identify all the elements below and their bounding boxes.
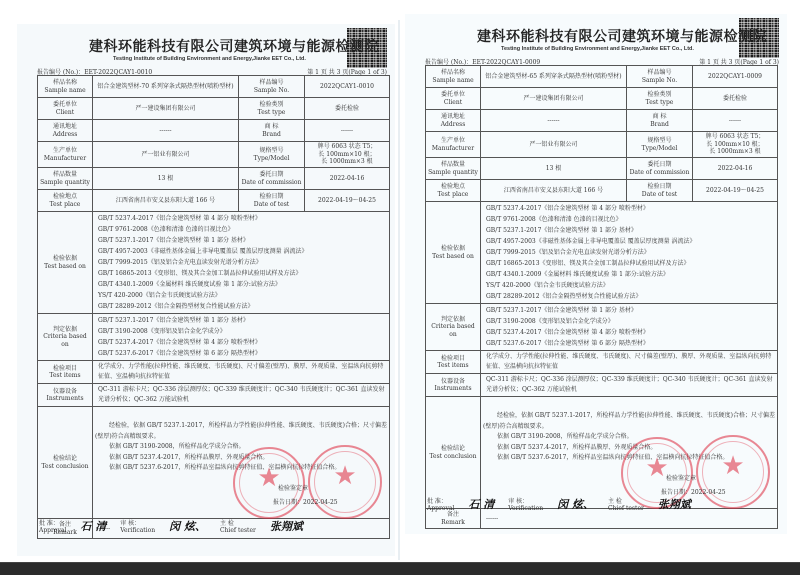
sample-quantity-label: 样品数量Sample quantity <box>38 168 93 190</box>
criteria-item: GB/T 5237.1-2017《铝合金建筑型材 第 1 部分 基材》 <box>98 315 387 326</box>
conclusion-label: 检验结论Test conclusion <box>426 397 481 509</box>
date-commission-value: 2022-04-16 <box>693 158 778 180</box>
report-table: 样品名称Sample name 铝合金建筑型材-70 系列穿条式隔热型材(喷粉型… <box>37 75 390 539</box>
standard-item: GB/T 4957-2003《非磁性基体金属上非导电覆盖层 覆盖层厚度测量 涡流… <box>98 246 387 257</box>
conclusion-body: 经检验，依据 GB/T 5237.1-2017，所检样品力学性能(拉伸性能、维氏… <box>481 397 778 509</box>
conclusion-paragraph: 经检验，依据 GB/T 5237.1-2017，所检样品力学性能(拉伸性能、维氏… <box>95 421 387 442</box>
report-table: 样品名称Sample name 铝合金建筑型材-65 系列穿条式隔热型材(喷粉型… <box>425 65 778 529</box>
table-row: 委托单位Client 严一建设集团有限公司 检验类别Test type 委托检验 <box>426 88 778 110</box>
test-type-value: 委托检验 <box>305 98 390 120</box>
address-value: ------ <box>481 110 627 132</box>
signature-block: 批 准：Approval 石 清 审 核：Verification 闵 炫、 主… <box>39 518 303 534</box>
verification-signature: 闵 炫、 <box>169 518 206 534</box>
inspection-seal-stamp: ★ <box>308 445 382 519</box>
client-value: 严一建设集团有限公司 <box>93 98 239 120</box>
date-commission-label: 委托日期Date of commission <box>239 168 305 190</box>
standard-item: YS/T 420-2000《铝合金韦氏硬度试验方法》 <box>486 280 775 291</box>
criteria-item: GB/T 5237.4-2017《铝合金建筑型材 第 4 部分 喷粉型材》 <box>98 337 387 348</box>
table-row: 生产单位Manufacturer 严一铝业有限公司 规格型号Type/Model… <box>38 142 390 168</box>
test-based-on-list: GB/T 5237.4-2017《铝合金建筑型材 第 4 部分 喷粉型材》 GB… <box>93 212 390 314</box>
conclusion-body: 经检验，依据 GB/T 5237.1-2017，所检样品力学性能(拉伸性能、维氏… <box>93 407 390 519</box>
test-type-label: 检验类别Test type <box>239 98 305 120</box>
table-row: 仪器设备Instruments QC-311 游标卡尺；QC-336 涂层测厚仪… <box>38 384 390 407</box>
table-row: 样品数量Sample quantity 13 根 委托日期Date of com… <box>38 168 390 190</box>
table-row: 判定依据Criteria based on GB/T 5237.1-2017《铝… <box>426 304 778 351</box>
criteria-item: GB/T 5237.6-2017《铝合金建筑型材 第 6 部分 隔热型材》 <box>98 348 387 359</box>
test-items-label: 检验项目Test items <box>426 351 481 374</box>
test-place-label: 检验地点Test place <box>426 180 481 202</box>
star-icon: ★ <box>333 460 356 493</box>
star-icon: ★ <box>721 450 744 483</box>
test-type-label: 检验类别Test type <box>627 88 693 110</box>
table-row: 检验结论Test conclusion 经检验，依据 GB/T 5237.1-2… <box>426 397 778 509</box>
table-row: 委托单位Client 严一建设集团有限公司 检验类别Test type 委托检验 <box>38 98 390 120</box>
criteria-item: GB/T 5237.4-2017《铝合金建筑型材 第 4 部分 喷粉型材》 <box>486 327 775 338</box>
sample-name-label: 样品名称Sample name <box>426 66 481 88</box>
table-row: 检验地点Test place 江西省南昌市安义县东阳大道 166 号 检验日期D… <box>426 180 778 202</box>
test-based-on-label: 检验依据Test based on <box>426 202 481 304</box>
type-model-value: 牌号 6063 状态 T5；长 100mm×10 根；长 1000mm×3 根 <box>693 132 778 158</box>
brand-label: 商 标Brand <box>627 110 693 132</box>
signature-block: 批 准：Approval 石 清 审 核：Verification 闵 炫、 主… <box>427 496 691 512</box>
manufacturer-value: 严一铝业有限公司 <box>481 132 627 158</box>
test-place-value: 江西省南昌市安义县东阳大道 166 号 <box>93 190 239 212</box>
type-model-value: 牌号 6063 状态 T5；长 100mm×10 根；长 1000mm×3 根 <box>305 142 390 168</box>
criteria-list: GB/T 5237.1-2017《铝合金建筑型材 第 1 部分 基材》 GB/T… <box>93 314 390 361</box>
address-value: ------ <box>93 120 239 142</box>
standard-item: GB/T 4957-2003《非磁性基体金属上非导电覆盖层 覆盖层厚度测量 涡流… <box>486 236 775 247</box>
sample-quantity-value: 13 根 <box>93 168 239 190</box>
report-page-right: 建科环能科技有限公司建筑环境与能源检测院 Testing Institute o… <box>405 14 787 534</box>
approval-label: 批 准：Approval <box>39 518 66 534</box>
sample-name-value: 铝合金建筑型材-70 系列穿条式隔热型材(喷粉型材) <box>93 76 239 98</box>
criteria-label: 判定依据Criteria based on <box>38 314 93 361</box>
conclusion-label: 检验结论Test conclusion <box>38 407 93 519</box>
instruments-label: 仪器设备Instruments <box>426 374 481 397</box>
address-label: 通讯地址Address <box>426 110 481 132</box>
table-row: 样品名称Sample name 铝合金建筑型材-65 系列穿条式隔热型材(喷粉型… <box>426 66 778 88</box>
brand-value: ------ <box>305 120 390 142</box>
date-test-value: 2022-04-19～04-25 <box>305 190 390 212</box>
standard-item: GB/T 4340.1-2009《金属材料 维氏硬度试验 第 1 部分:试验方法… <box>486 269 775 280</box>
table-row: 检验依据Test based on GB/T 5237.4-2017《铝合金建筑… <box>38 212 390 314</box>
test-items-label: 检验项目Test items <box>38 361 93 384</box>
standard-item: GB/T 4340.1-2009《金属材料 维氏硬度试验 第 1 部分:试验方法… <box>98 279 387 290</box>
date-test-label: 检验日期Date of test <box>627 180 693 202</box>
criteria-list: GB/T 5237.1-2017《铝合金建筑型材 第 1 部分 基材》 GB/T… <box>481 304 778 351</box>
report-date: 报告日期：2022-04-25 <box>273 499 338 507</box>
table-row: 样品名称Sample name 铝合金建筑型材-70 系列穿条式隔热型材(喷粉型… <box>38 76 390 98</box>
report-page-left: 建科环能科技有限公司建筑环境与能源检测院 Testing Institute o… <box>17 24 395 556</box>
standard-item: GB/T 16865-2013《变形铝、镁及其合金加工制品拉伸试验用试样及方法》 <box>98 268 387 279</box>
viewer-bottom-bar <box>0 562 800 575</box>
approval-label: 批 准：Approval <box>427 496 454 512</box>
date-test-value: 2022-04-19～04-25 <box>693 180 778 202</box>
conclusion-paragraph: 经检验，依据 GB/T 5237.1-2017，所检样品力学性能(拉伸性能、维氏… <box>483 411 775 432</box>
criteria-label: 判定依据Criteria based on <box>426 304 481 351</box>
table-row: 检验项目Test items 化学成分、力学性能(拉伸性能、维氏硬度、韦氏硬度)… <box>38 361 390 384</box>
verification-label: 审 核：Verification <box>508 496 543 512</box>
institute-title-cn: 建科环能科技有限公司建筑环境与能源检测院 <box>89 36 379 56</box>
approval-signature: 石 清 <box>80 518 106 534</box>
page-divider <box>398 20 400 560</box>
verification-signature: 闵 炫、 <box>557 496 594 512</box>
standard-item: GB/T 9761-2008《色漆和清漆 色漆的目视比色》 <box>98 224 387 235</box>
client-label: 委托单位Client <box>38 98 93 120</box>
standard-item: YS/T 420-2000《铝合金韦氏硬度试验方法》 <box>98 290 387 301</box>
brand-value: ------ <box>693 110 778 132</box>
manufacturer-value: 严一铝业有限公司 <box>93 142 239 168</box>
seal-label: 检验鉴定章 <box>278 485 308 493</box>
standard-item: GB/T 28289-2012《铝合金隔热型材复合性能试验方法》 <box>486 291 775 302</box>
table-row: 通讯地址Address ------ 商 标Brand ------ <box>426 110 778 132</box>
standard-item: GB/T 7999-2015《铝及铝合金光电直读发射光谱分析方法》 <box>486 247 775 258</box>
chief-tester-signature: 张翔斌 <box>658 496 691 512</box>
standard-item: GB/T 28289-2012《铝合金隔热型材复合性能试验方法》 <box>98 301 387 312</box>
criteria-item: GB/T 3190-2008《变形铝及铝合金化学成分》 <box>486 316 775 327</box>
manufacturer-label: 生产单位Manufacturer <box>426 132 481 158</box>
instruments-value: QC-311 游标卡尺；QC-336 涂层测厚仪；QC-339 维氏硬度计；QC… <box>93 384 390 407</box>
standard-item: GB/T 5237.4-2017《铝合金建筑型材 第 4 部分 喷粉型材》 <box>98 213 387 224</box>
standard-item: GB/T 5237.1-2017《铝合金建筑型材 第 1 部分 基材》 <box>98 235 387 246</box>
table-row: 通讯地址Address ------ 商 标Brand ------ <box>38 120 390 142</box>
chief-tester-label: 主 检Chief tester <box>220 518 256 534</box>
standard-item: GB/T 5237.1-2017《铝合金建筑型材 第 1 部分 基材》 <box>486 225 775 236</box>
manufacturer-label: 生产单位Manufacturer <box>38 142 93 168</box>
table-row: 检验地点Test place 江西省南昌市安义县东阳大道 166 号 检验日期D… <box>38 190 390 212</box>
client-value: 严一建设集团有限公司 <box>481 88 627 110</box>
instruments-label: 仪器设备Instruments <box>38 384 93 407</box>
inspection-seal-stamp: ★ <box>696 435 770 509</box>
date-commission-label: 委托日期Date of commission <box>627 158 693 180</box>
table-row: 样品数量Sample quantity 13 根 委托日期Date of com… <box>426 158 778 180</box>
criteria-item: GB/T 5237.1-2017《铝合金建筑型材 第 1 部分 基材》 <box>486 305 775 316</box>
table-row: 生产单位Manufacturer 严一铝业有限公司 规格型号Type/Model… <box>426 132 778 158</box>
test-place-label: 检验地点Test place <box>38 190 93 212</box>
approval-signature: 石 清 <box>468 496 494 512</box>
test-items-value: 化学成分、力学性能(拉伸性能、维氏硬度、韦氏硬度)、尺寸偏差(壁厚)、膜厚、外观… <box>481 351 778 374</box>
table-row: 仪器设备Instruments QC-311 游标卡尺；QC-336 涂层测厚仪… <box>426 374 778 397</box>
test-type-value: 委托检验 <box>693 88 778 110</box>
sample-name-value: 铝合金建筑型材-65 系列穿条式隔热型材(喷粉型材) <box>481 66 627 88</box>
date-test-label: 检验日期Date of test <box>239 190 305 212</box>
institute-title-cn: 建科环能科技有限公司建筑环境与能源检测院 <box>477 26 767 46</box>
institute-title-en: Testing Institute of Building Environmen… <box>113 56 306 62</box>
address-label: 通讯地址Address <box>38 120 93 142</box>
instruments-value: QC-311 游标卡尺；QC-336 涂层测厚仪；QC-339 维氏硬度计；QC… <box>481 374 778 397</box>
standard-item: GB/T 9761-2008《色漆和清漆 色漆的目视比色》 <box>486 214 775 225</box>
standard-item: GB/T 5237.4-2017《铝合金建筑型材 第 4 部分 喷粉型材》 <box>486 203 775 214</box>
institute-title-en: Testing Institute of Building Environmen… <box>501 46 694 52</box>
chief-tester-signature: 张翔斌 <box>270 518 303 534</box>
sample-no-label: 样品编号Sample No. <box>627 66 693 88</box>
seal-label: 检验鉴定章 <box>666 475 696 483</box>
sample-quantity-value: 13 根 <box>481 158 627 180</box>
sample-no-label: 样品编号Sample No. <box>239 76 305 98</box>
table-row: 检验结论Test conclusion 经检验，依据 GB/T 5237.1-2… <box>38 407 390 519</box>
test-place-value: 江西省南昌市安义县东阳大道 166 号 <box>481 180 627 202</box>
verification-label: 审 核：Verification <box>120 518 155 534</box>
test-based-on-label: 检验依据Test based on <box>38 212 93 314</box>
type-model-label: 规格型号Type/Model <box>627 132 693 158</box>
sample-no-value: 2022QCAY1-0009 <box>693 66 778 88</box>
chief-tester-label: 主 检Chief tester <box>608 496 644 512</box>
table-row: 判定依据Criteria based on GB/T 5237.1-2017《铝… <box>38 314 390 361</box>
table-row: 检验项目Test items 化学成分、力学性能(拉伸性能、维氏硬度、韦氏硬度)… <box>426 351 778 374</box>
sample-no-value: 2022QCAY1-0010 <box>305 76 390 98</box>
sample-quantity-label: 样品数量Sample quantity <box>426 158 481 180</box>
sample-name-label: 样品名称Sample name <box>38 76 93 98</box>
date-commission-value: 2022-04-16 <box>305 168 390 190</box>
company-seal-stamp: ★ <box>233 447 305 519</box>
type-model-label: 规格型号Type/Model <box>239 142 305 168</box>
criteria-item: GB/T 5237.6-2017《铝合金建筑型材 第 6 部分 隔热型材》 <box>486 338 775 349</box>
standard-item: GB/T 7999-2015《铝及铝合金光电直读发射光谱分析方法》 <box>98 257 387 268</box>
criteria-item: GB/T 3190-2008《变形铝及铝合金化学成分》 <box>98 326 387 337</box>
test-items-value: 化学成分、力学性能(拉伸性能、维氏硬度、韦氏硬度)、尺寸偏差(壁厚)、膜厚、外观… <box>93 361 390 384</box>
table-row: 检验依据Test based on GB/T 5237.4-2017《铝合金建筑… <box>426 202 778 304</box>
brand-label: 商 标Brand <box>239 120 305 142</box>
standard-item: GB/T 16865-2013《变形铝、镁及其合金加工制品拉伸试验用试样及方法》 <box>486 258 775 269</box>
test-based-on-list: GB/T 5237.4-2017《铝合金建筑型材 第 4 部分 喷粉型材》 GB… <box>481 202 778 304</box>
client-label: 委托单位Client <box>426 88 481 110</box>
